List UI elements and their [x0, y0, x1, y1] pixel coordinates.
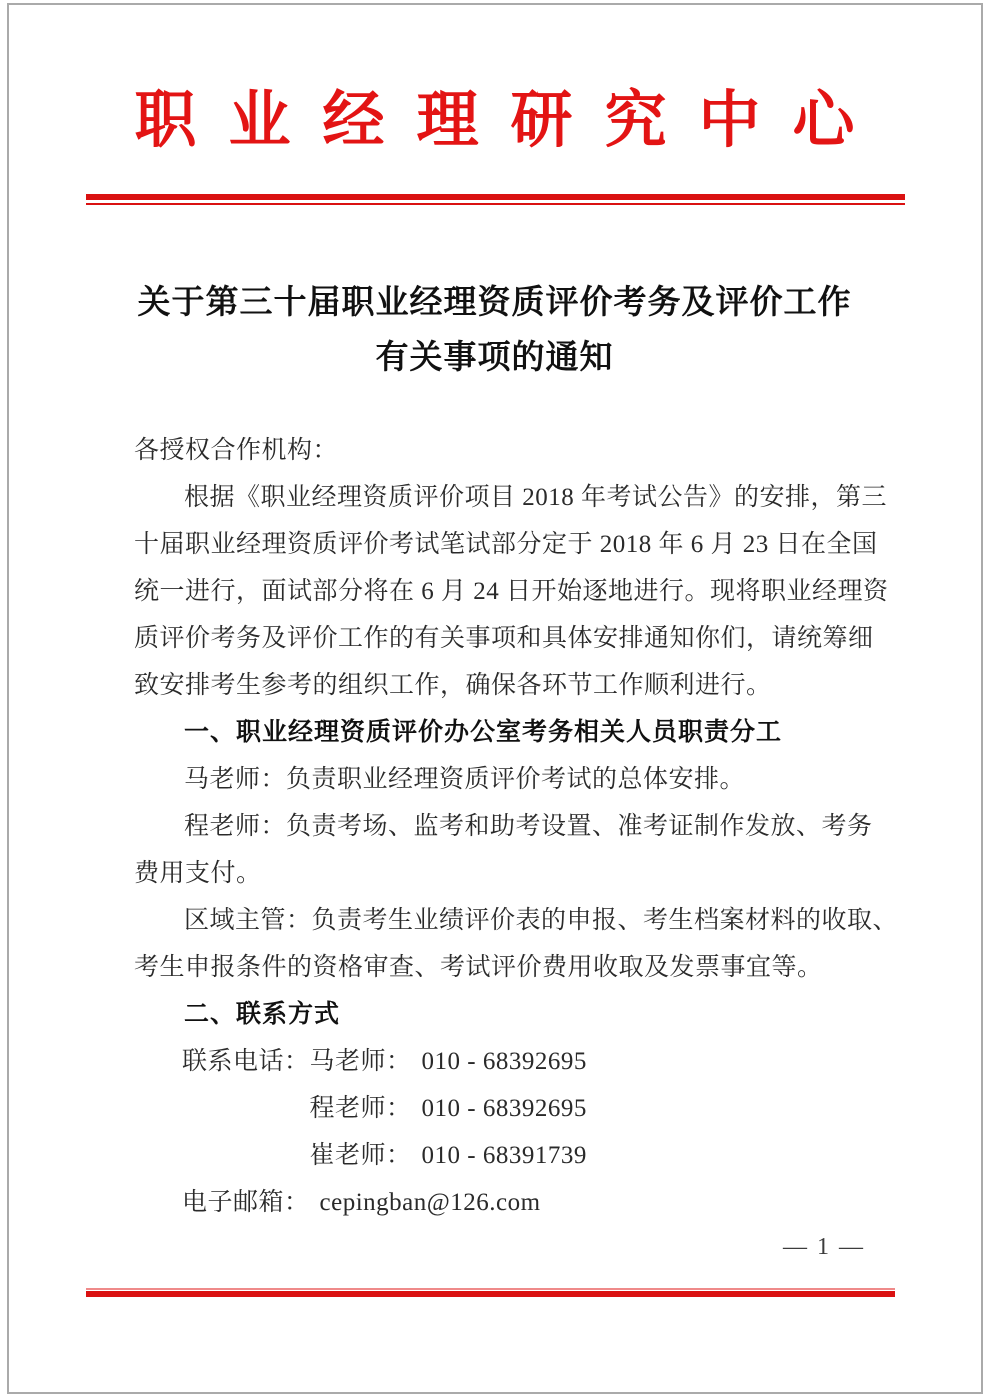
- phone-list: 马老师：010 - 68392695程老师：010 - 68392695崔老师：…: [310, 1038, 587, 1179]
- letterhead-divider-thick-line: [86, 194, 905, 200]
- document-title-line-1: 关于第三十届职业经理资质评价考务及评价工作: [0, 276, 989, 331]
- letterhead-divider-thin-line: [86, 203, 905, 205]
- section-heading: 二、联系方式: [134, 991, 893, 1038]
- body-line: 各授权合作机构：: [134, 427, 893, 474]
- phone-row: 马老师：010 - 68392695: [310, 1038, 587, 1085]
- contact-person-name: 马老师：: [310, 1048, 412, 1075]
- contact-person-name: 崔老师：: [310, 1142, 412, 1169]
- document-title: 关于第三十届职业经理资质评价考务及评价工作 有关事项的通知: [0, 276, 989, 386]
- body-line: 费用支付。: [134, 850, 893, 897]
- section-heading: 一、职业经理资质评价办公室考务相关人员职责分工: [134, 709, 893, 756]
- scanned-notice-page: 职业经理研究中心 关于第三十届职业经理资质评价考务及评价工作 有关事项的通知 各…: [0, 0, 989, 1399]
- body-line: 马老师：负责职业经理资质评价考试的总体安排。: [134, 756, 893, 803]
- body-paragraph-lines: 各授权合作机构：根据《职业经理资质评价项目 2018 年考试公告》的安排，第三十…: [134, 427, 893, 1038]
- document-body: 各授权合作机构：根据《职业经理资质评价项目 2018 年考试公告》的安排，第三十…: [134, 427, 893, 1226]
- body-line: 程老师：负责考场、监考和助考设置、准考证制作发放、考务: [134, 803, 893, 850]
- email-label: 电子邮箱：: [182, 1189, 310, 1216]
- letterhead-divider: [86, 194, 905, 205]
- phone-row: 崔老师：010 - 68391739: [310, 1132, 587, 1179]
- contact-person-name: 程老师：: [310, 1095, 412, 1122]
- contact-phone-number: 010 - 68391739: [412, 1142, 587, 1169]
- footer-divider-thin-line: [86, 1288, 895, 1290]
- contact-phone-block: 联系电话： 马老师：010 - 68392695程老师：010 - 683926…: [134, 1038, 893, 1179]
- document-title-line-2: 有关事项的通知: [0, 331, 989, 386]
- phone-row: 程老师：010 - 68392695: [310, 1085, 587, 1132]
- contact-phone-number: 010 - 68392695: [412, 1095, 587, 1122]
- body-line: 考生申报条件的资格审查、考试评价费用收取及发票事宜等。: [134, 944, 893, 991]
- body-line: 质评价考务及评价工作的有关事项和具体安排通知你们，请统筹细: [134, 615, 893, 662]
- body-line: 区域主管：负责考生业绩评价表的申报、考生档案材料的收取、: [134, 897, 893, 944]
- email-value: cepingban@126.com: [310, 1189, 541, 1216]
- body-line: 十届职业经理资质评价考试笔试部分定于 2018 年 6 月 23 日在全国: [134, 521, 893, 568]
- body-line: 根据《职业经理资质评价项目 2018 年考试公告》的安排，第三: [134, 474, 893, 521]
- body-line: 致安排考生参考的组织工作，确保各环节工作顺利进行。: [134, 662, 893, 709]
- contact-email-block: 电子邮箱：cepingban@126.com: [134, 1179, 893, 1226]
- contact-phone-number: 010 - 68392695: [412, 1048, 587, 1075]
- page-number: — 1 —: [783, 1234, 865, 1261]
- letterhead-org-name: 职业经理研究中心: [0, 84, 989, 158]
- phone-label: 联系电话：: [182, 1038, 310, 1085]
- footer-divider: [86, 1288, 895, 1297]
- footer-divider-thick-line: [86, 1291, 895, 1297]
- body-line: 统一进行，面试部分将在 6 月 24 日开始逐地进行。现将职业经理资: [134, 568, 893, 615]
